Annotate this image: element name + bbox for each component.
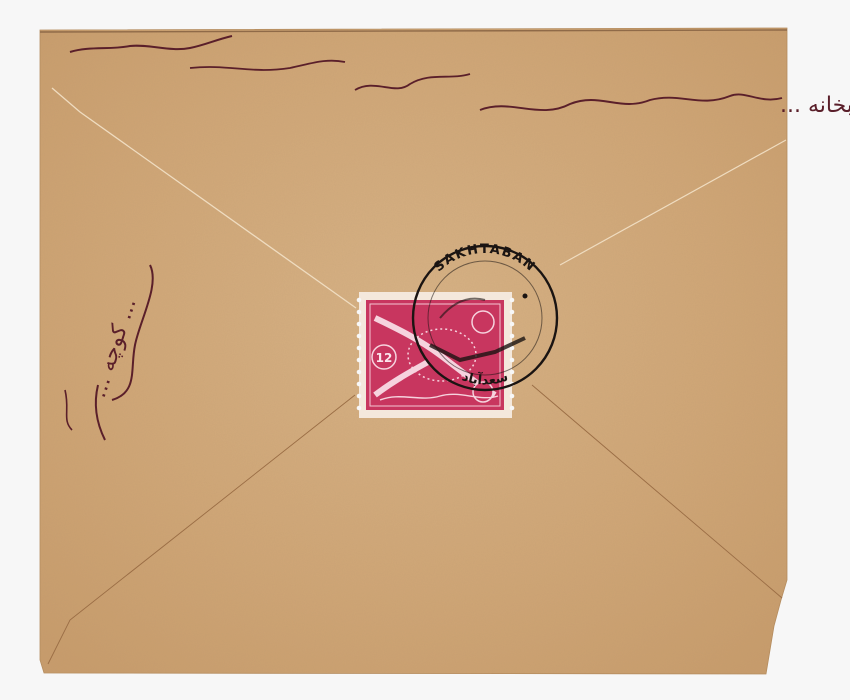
stamp-denomination: 12 [376,351,393,365]
handwritten-address: بیمانه محترمه تسلیم آقای ... عنوان ... ک… [780,91,850,118]
envelope-photo: بیمانه محترمه تسلیم آقای ... عنوان ... ک… [0,0,850,700]
